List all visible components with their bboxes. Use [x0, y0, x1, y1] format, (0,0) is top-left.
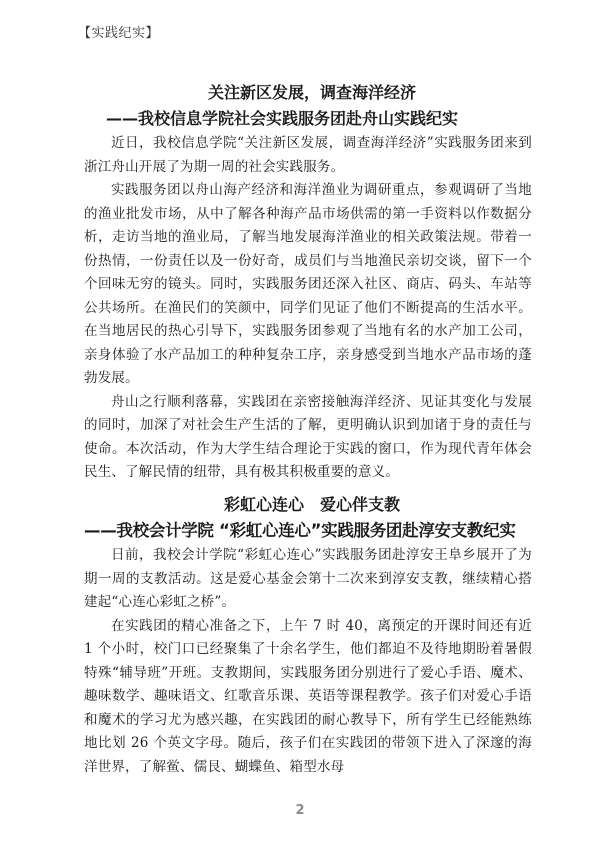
article-paragraph: 在实践团的精心准备之下，上午 7 时 40，离预定的开课时间还有近 1 个小时，…	[84, 615, 532, 780]
section-label: 【实践纪实】	[78, 22, 159, 41]
article-title: 彩虹心连心 爱心伴支教	[84, 492, 532, 518]
article-paragraph: 近日，我校信息学院“关注新区发展，调查海洋经济”实践服务团来到浙江舟山开展了为期…	[84, 132, 532, 179]
article-chunan: 彩虹心连心 爱心伴支教 ——我校会计学院 “彩虹心连心”实践服务团赴淳安支教纪实…	[84, 492, 532, 779]
article-zhoushan: 关注新区发展，调查海洋经济 ——我校信息学院社会实践服务团赴舟山实践纪实 近日，…	[84, 80, 532, 485]
page-number: 2	[0, 803, 600, 818]
article-paragraph: 舟山之行顺利落幕，实践团在亲密接触海洋经济、见证其变化与发展的同时，加深了对社会…	[84, 391, 532, 485]
article-title: 关注新区发展，调查海洋经济	[84, 80, 532, 106]
article-paragraph: 日前，我校会计学院“彩虹心连心”实践服务团赴淳安王阜乡展开了为期一周的支教活动。…	[84, 544, 532, 615]
article-subtitle: ——我校会计学院 “彩虹心连心”实践服务团赴淳安支教纪实	[84, 518, 532, 544]
article-subtitle: ——我校信息学院社会实践服务团赴舟山实践纪实	[84, 106, 532, 132]
article-paragraph: 实践服务团以舟山海产经济和海洋渔业为调研重点，参观调研了当地的渔业批发市场，从中…	[84, 179, 532, 391]
